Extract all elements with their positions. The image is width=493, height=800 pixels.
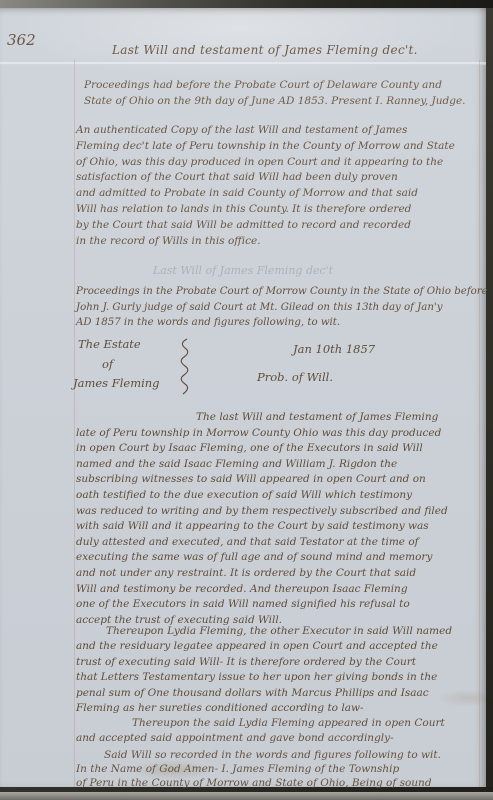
faded-ghost-heading: Last Will of James Fleming dec't: [0, 263, 486, 279]
paragraph-proceedings-delaware: Proceedings had before the Probate Court…: [84, 78, 484, 109]
page-number: 362: [7, 33, 36, 49]
page-crease: [0, 62, 486, 65]
caption-date: Jan 10th 1857: [293, 342, 375, 358]
paragraph-proceedings-morrow: Proceedings in the Probate Court of Morr…: [76, 284, 488, 331]
paragraph-authenticated-copy: An authenticated Copy of the last Will a…: [76, 123, 486, 249]
paragraph-probate-entry: The last Will and testament of James Fle…: [76, 410, 486, 628]
page-title: Last Will and testament of James Fleming…: [112, 43, 432, 59]
caption-party-line-1: The Estate: [78, 337, 141, 353]
paragraph-will-recital: Said Will so recorded in the words and f…: [76, 748, 488, 791]
table-surface-strip: [0, 792, 493, 800]
ledger-page: 362 Last Will and testament of James Fle…: [0, 8, 486, 787]
book-edge-right: [486, 8, 493, 787]
caption-party-line-3: James Fleming: [73, 376, 160, 392]
caption-party-line-2: of: [102, 357, 113, 373]
book-edge-top: [0, 0, 493, 8]
paragraph-bond-given: Thereupon the said Lydia Fleming appeare…: [76, 716, 486, 747]
left-margin-rule: [74, 60, 75, 787]
estate-brace-squiggle-icon: [176, 338, 192, 400]
caption-matter: Prob. of Will.: [257, 370, 333, 386]
paragraph-lydia-appointment: Thereupon Lydia Fleming, the other Execu…: [76, 624, 486, 716]
scanned-ledger-photo: 362 Last Will and testament of James Fle…: [0, 0, 493, 800]
